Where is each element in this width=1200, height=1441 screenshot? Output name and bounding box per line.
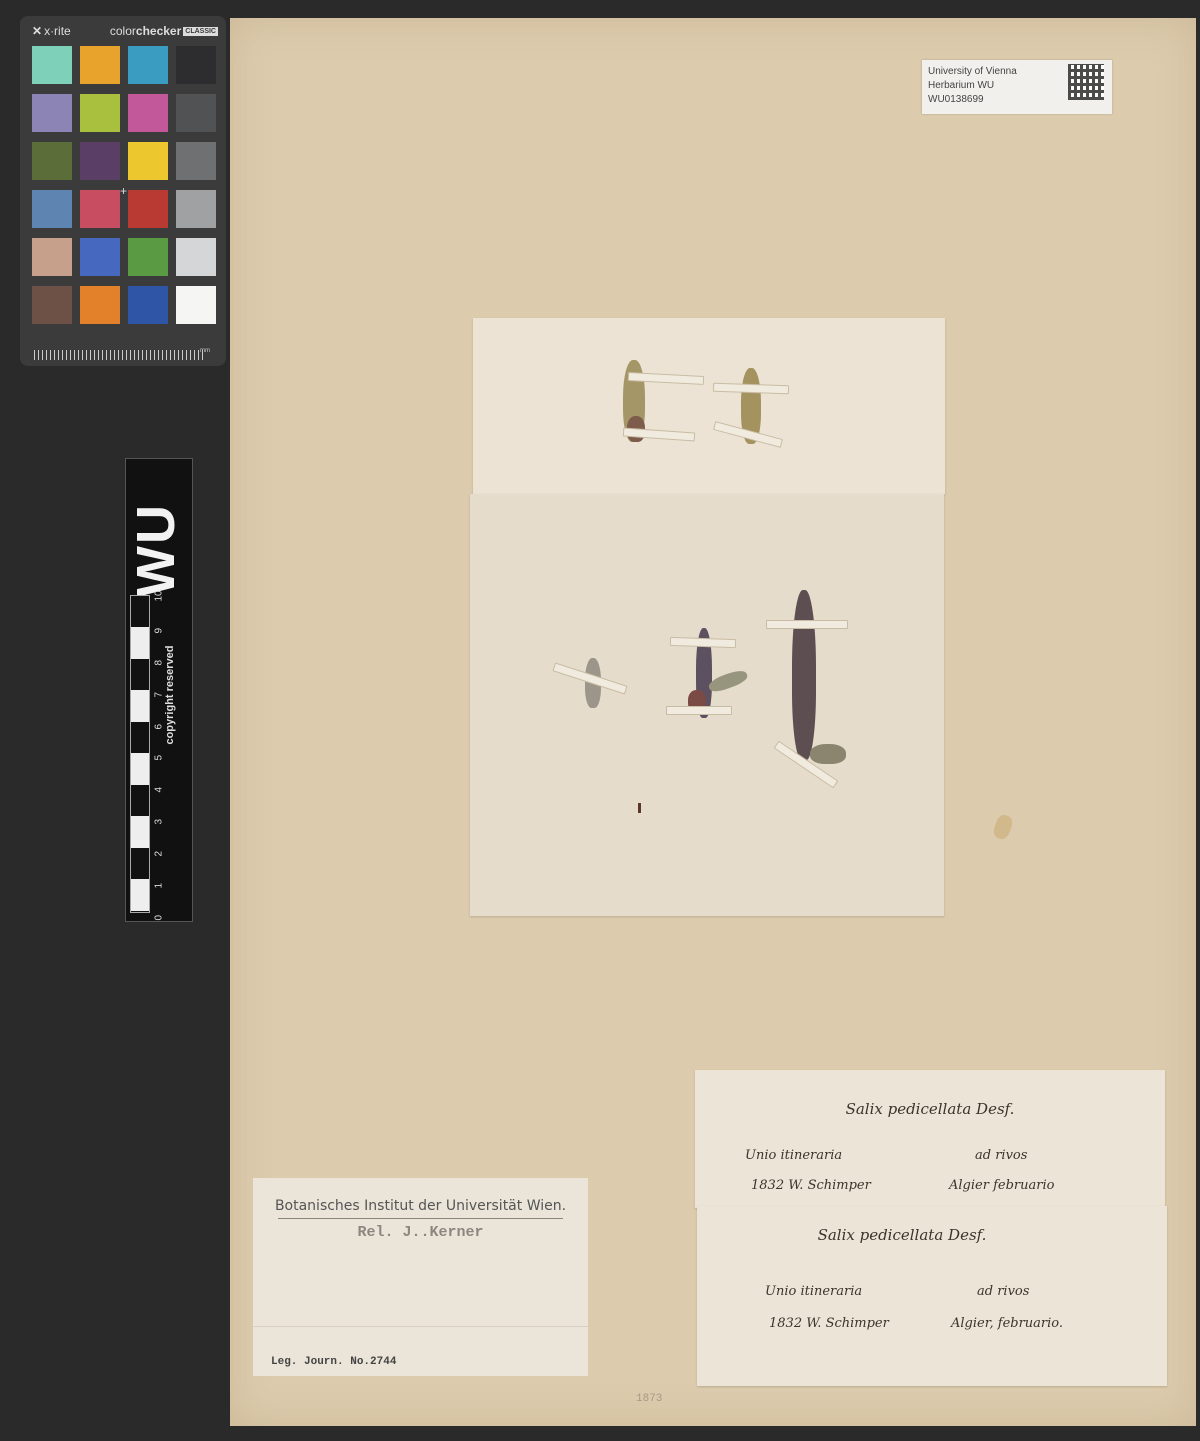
mounting-strip [713,383,789,395]
qr-code-icon [1068,64,1104,100]
barcode-label: University of Vienna Herbarium WU WU0138… [922,60,1112,114]
cm-tick-label: 4 [154,779,165,793]
specimen-paper-top [473,318,945,494]
cm-tick-label: 0 [154,906,165,920]
color-checker-card: ✕x·rite colorcheckerCLASSIC + mm [20,16,226,366]
color-swatch [128,46,168,84]
specimen-fragment [638,803,641,813]
habitat: ad rivos [975,1148,1027,1163]
locality-date: Algier februario [949,1178,1054,1193]
color-swatch [80,238,120,276]
taxon-name: Salix pedicellata Desf. [695,1100,1165,1118]
mounting-strip [670,637,736,648]
color-swatch [32,190,72,228]
handwritten-label-2: Salix pedicellata Desf. Unio itineraria … [697,1206,1167,1386]
color-swatch [176,46,216,84]
color-swatch [32,286,72,324]
crosshair-icon: + [120,184,127,198]
ruler-unit: mm [200,348,210,354]
leaf [810,744,846,764]
collector: 1832 W. Schimper [769,1316,889,1331]
color-swatch [128,94,168,132]
catkin-specimen [792,590,816,760]
cm-tick-label: 6 [154,715,165,729]
label-fold [253,1326,588,1327]
color-swatch [32,46,72,84]
cm-tick-label: 3 [154,811,165,825]
cm-tick-labels: 012345678910 [152,589,166,919]
collection-series: Unio itineraria [745,1148,842,1163]
collection-series: Unio itineraria [765,1284,862,1299]
journal-number: Leg. Journ. No.2744 [271,1356,396,1368]
taxon-name: Salix pedicellata Desf. [637,1226,1167,1244]
cm-tick-label: 7 [154,683,165,697]
color-swatch [176,94,216,132]
label-rule [278,1218,563,1219]
color-swatch [176,286,216,324]
mm-ruler [34,350,204,360]
color-swatch [128,238,168,276]
color-swatch [176,190,216,228]
leaf [707,668,749,695]
handwritten-label-1: Salix pedicellata Desf. Unio itineraria … [695,1070,1165,1208]
collector: 1832 W. Schimper [751,1178,871,1193]
cm-ruler [130,595,150,913]
color-swatch [80,286,120,324]
xrite-icon: ✕ [32,24,42,38]
color-swatch [128,142,168,180]
color-swatch [176,238,216,276]
institute-label: Botanisches Institut der Universität Wie… [253,1178,588,1376]
herbarium-name: Herbarium WU [928,80,994,91]
color-swatch [80,142,120,180]
wu-scale-bar: WU copyright reserved 012345678910 [125,458,193,922]
xrite-logo: ✕x·rite [32,24,71,38]
colorchecker-title: colorcheckerCLASSIC [110,24,218,38]
cm-tick-label: 8 [154,651,165,665]
color-swatch [32,142,72,180]
institute-title: Botanisches Institut der Universität Wie… [253,1198,588,1214]
pencil-number: 1873 [636,1393,662,1405]
relation-stamp: Rel. J..Kerner [253,1224,588,1241]
specimen-paper-main [470,494,944,916]
mounting-strip [666,706,732,715]
color-swatch [176,142,216,180]
color-swatch [128,190,168,228]
habitat: ad rivos [977,1284,1029,1299]
cm-tick-label: 10 [154,588,165,602]
institution-name: University of Vienna [928,66,1017,77]
cm-tick-label: 5 [154,747,165,761]
cm-tick-label: 2 [154,843,165,857]
cm-tick-label: 9 [154,619,165,633]
locality-date: Algier, februario. [951,1316,1063,1331]
mounting-strip [766,620,848,629]
color-swatch [80,46,120,84]
specimen-id: WU0138699 [928,94,984,105]
cm-tick-label: 1 [154,875,165,889]
color-swatch [32,238,72,276]
color-swatch [80,94,120,132]
color-swatch [80,190,120,228]
color-swatch [32,94,72,132]
color-swatch [128,286,168,324]
